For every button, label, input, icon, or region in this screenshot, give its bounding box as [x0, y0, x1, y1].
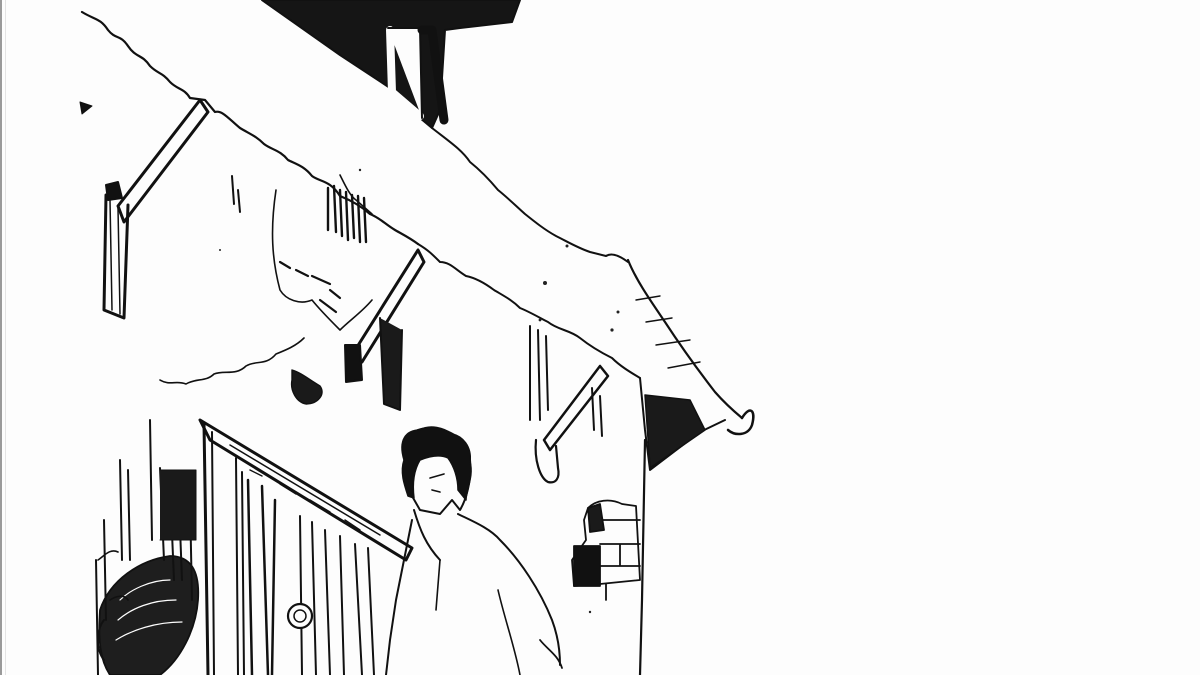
- bracket-middle: [345, 250, 424, 410]
- brick-patch: [572, 501, 640, 600]
- illustration-canvas: [0, 0, 1200, 675]
- ink-speckles: [219, 169, 620, 613]
- plaster-patches: [160, 175, 372, 404]
- man-figure: [386, 427, 562, 675]
- ink-illustration: [0, 0, 1200, 675]
- chimney: [262, 0, 520, 128]
- bracket-left: [104, 100, 208, 318]
- gable-end: [628, 260, 753, 470]
- ink-mark: [80, 102, 92, 114]
- wall-corner: [640, 440, 645, 675]
- bird: [98, 556, 198, 675]
- door: [200, 420, 412, 675]
- roof-edge-lower: [432, 128, 628, 262]
